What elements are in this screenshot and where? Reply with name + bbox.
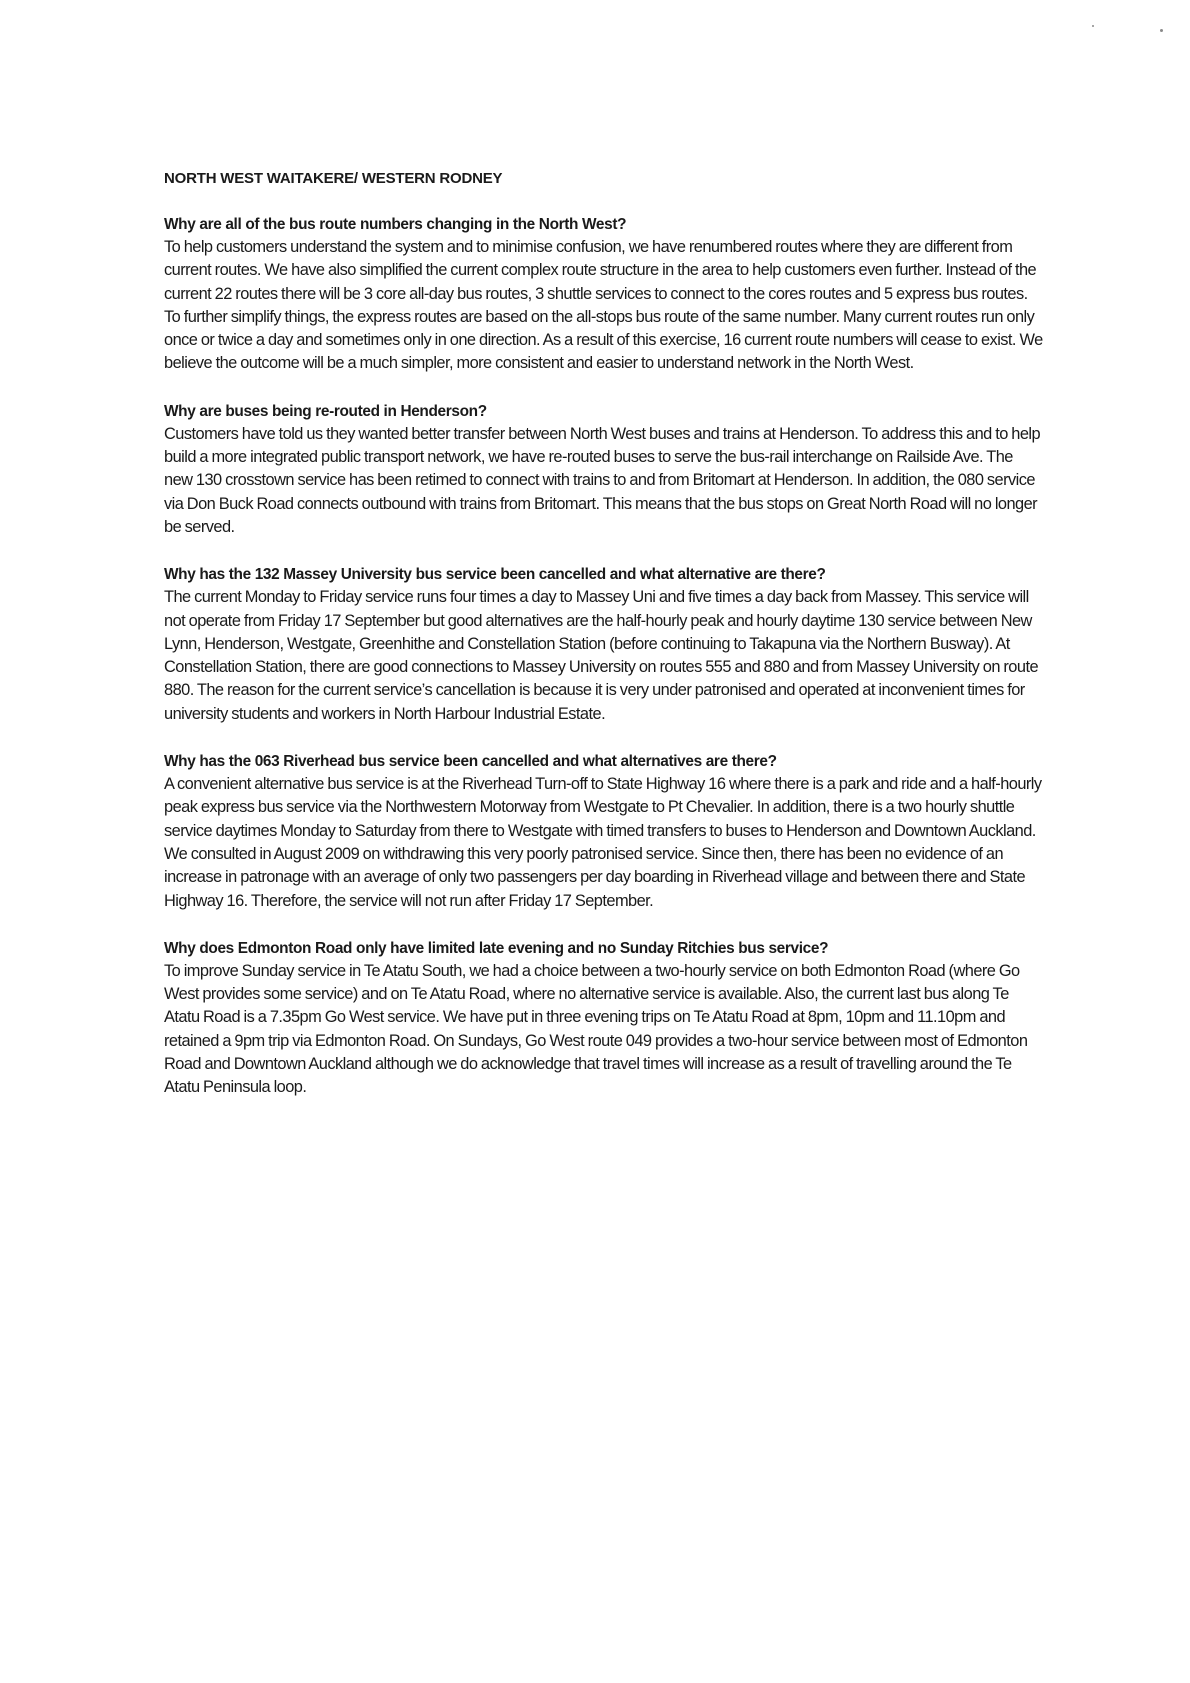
faq-section-route-numbers: Why are all of the bus route numbers cha… [164, 213, 1044, 376]
document-page: NORTH WEST WAITAKERE/ WESTERN RODNEY Why… [164, 168, 1044, 1124]
faq-question: Why does Edmonton Road only have limited… [164, 937, 1044, 960]
faq-answer: To improve Sunday service in Te Atatu So… [164, 960, 1044, 1100]
faq-section-edmonton-road: Why does Edmonton Road only have limited… [164, 937, 1044, 1100]
faq-question: Why has the 132 Massey University bus se… [164, 563, 1044, 586]
faq-answer: To help customers understand the system … [164, 236, 1044, 376]
faq-question: Why are all of the bus route numbers cha… [164, 213, 1044, 236]
faq-answer: A convenient alternative bus service is … [164, 773, 1044, 913]
faq-question: Why are buses being re-routed in Henders… [164, 400, 1044, 423]
faq-question: Why has the 063 Riverhead bus service be… [164, 750, 1044, 773]
faq-section-massey-132: Why has the 132 Massey University bus se… [164, 563, 1044, 726]
scan-speck [1160, 29, 1163, 32]
scan-speck [1092, 25, 1094, 27]
faq-section-riverhead-063: Why has the 063 Riverhead bus service be… [164, 750, 1044, 913]
faq-answer: The current Monday to Friday service run… [164, 586, 1044, 726]
faq-section-henderson: Why are buses being re-routed in Henders… [164, 400, 1044, 539]
faq-answer: Customers have told us they wanted bette… [164, 423, 1044, 539]
document-title: NORTH WEST WAITAKERE/ WESTERN RODNEY [164, 168, 1044, 190]
